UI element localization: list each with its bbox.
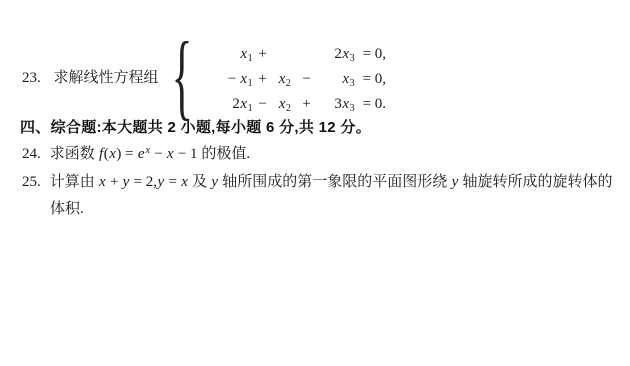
question-25-text: 计算由 x + y = 2,y = x 及 y 轴所围成的第一象限的平面图形绕 … [50, 174, 613, 190]
question-24-number: 24. [22, 146, 41, 162]
equation-cell: x2 [273, 95, 297, 113]
equation-cell [297, 40, 317, 58]
equation-cell: + [297, 95, 317, 113]
text-segment: 轴旋转所成的旋转体的 [459, 174, 613, 190]
equation-cell: = 0, [355, 45, 386, 63]
equation-cell: x2 [273, 70, 297, 88]
text-segment: 的极值. [201, 146, 250, 162]
question-25-number: 25. [22, 174, 41, 190]
equation-cell: + [253, 45, 273, 63]
text-segment: y [211, 174, 219, 190]
section-heading: 四、综合题:本大题共 2 小题,每小题 6 分,共 12 分。 [20, 116, 371, 137]
text-segment: y [451, 174, 459, 190]
text-segment: 及 [188, 174, 211, 190]
text-segment: 求函数 [50, 146, 95, 162]
equation-cell: 2x3 [317, 45, 355, 63]
question-23-lead: 23. 求解线性方程组 [22, 66, 159, 87]
question-25: 25.计算由 x + y = 2,y = x 及 y 轴所围成的第一象限的平面图… [22, 172, 613, 219]
equation-cell [273, 40, 297, 58]
equation-cell: = 0. [355, 95, 386, 113]
equation-cell: − x1 [205, 70, 253, 88]
equation-cell: x3 [317, 70, 355, 88]
text-segment: x + y = 2,y = x [99, 174, 189, 190]
equation-cell: = 0, [355, 70, 386, 88]
equation-cell: − [297, 70, 317, 88]
text-segment: 轴所围成的第一象限的平面图形绕 [219, 174, 452, 190]
question-23-number: 23. [22, 70, 41, 86]
text-segment: 计算由 [50, 174, 99, 190]
question-24-text: 求函数 f(x) = ex − x − 1 的极值. [50, 146, 250, 162]
equation-cell: 2x1 [205, 95, 253, 113]
equation-cell: + [253, 70, 273, 88]
question-23: 23. 求解线性方程组 { x1+2x3= 0,− x1+x2−x3= 0,2x… [22, 28, 386, 124]
equation-cell: − [253, 95, 273, 113]
exam-page: 23. 求解线性方程组 { x1+2x3= 0,− x1+x2−x3= 0,2x… [0, 0, 630, 366]
question-24: 24.求函数 f(x) = ex − x − 1 的极值. [22, 144, 250, 164]
question-25-line1: 25.计算由 x + y = 2,y = x 及 y 轴所围成的第一象限的平面图… [22, 172, 613, 192]
equation-cell: 3x3 [317, 95, 355, 113]
question-23-intro: 求解线性方程组 [54, 70, 159, 86]
left-brace-glyph: { [171, 28, 192, 124]
question-25-line2: 体积. [50, 199, 613, 219]
linear-equation-system: x1+2x3= 0,− x1+x2−x3= 0,2x1−x2+3x3= 0. [205, 40, 386, 113]
text-segment: f(x) = ex − x − 1 [95, 146, 202, 162]
equation-cell: x1 [205, 45, 253, 63]
